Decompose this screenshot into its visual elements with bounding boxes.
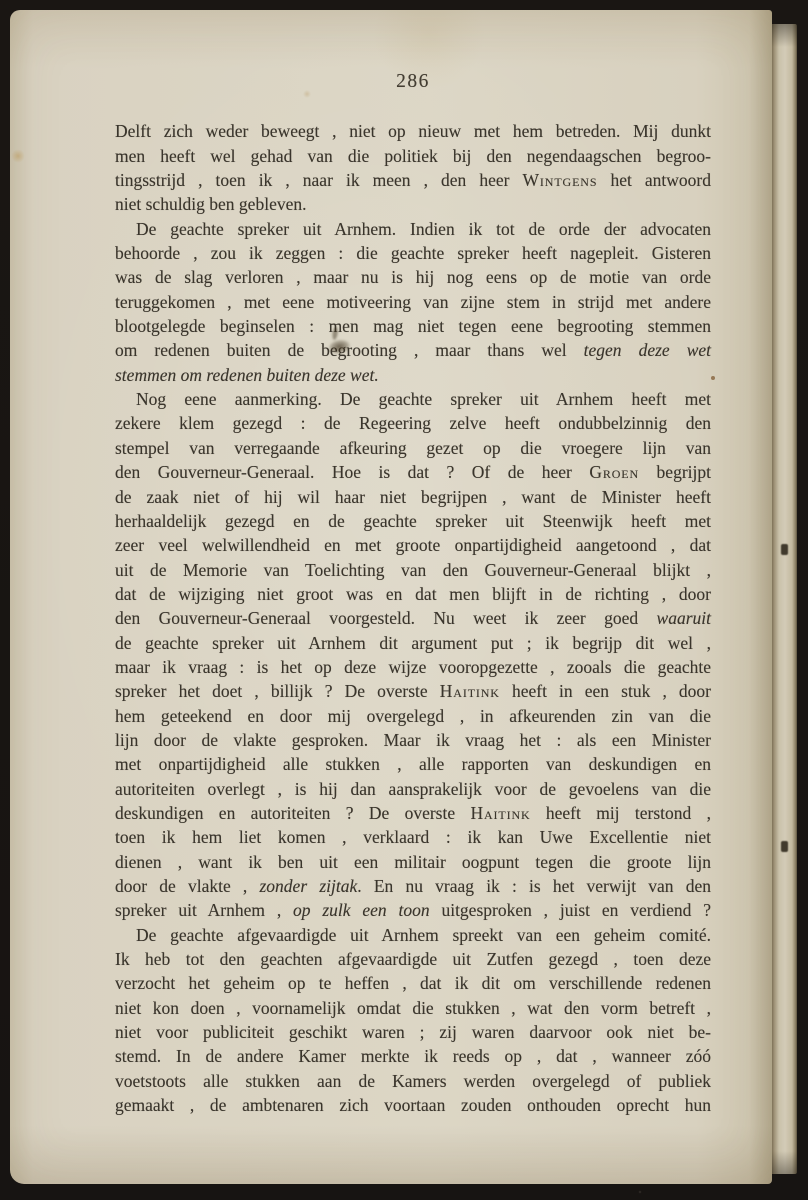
text-segment: lijn door de vlakte gesproken. Maar ik v… bbox=[115, 730, 711, 750]
paragraph: Delft zich weder beweegt , niet op nieuw… bbox=[115, 119, 711, 216]
paragraph: Nog eene aanmerking. De geachte spreker … bbox=[115, 387, 711, 923]
text-segment: tingsstrijd , toen ik , naar ik meen , d… bbox=[115, 170, 523, 190]
text-segment: met onpartijdigheid alle stukken , alle … bbox=[115, 754, 711, 774]
text-segment: was de slag verloren , maar nu is hij no… bbox=[115, 267, 711, 287]
paragraph: De geachte afgevaardigde uit Arnhem spre… bbox=[115, 923, 711, 1118]
book-page: 286 Delft zich weder beweegt , niet op n… bbox=[10, 10, 772, 1184]
text-segment: behoorde , zou ik zeggen : die geachte s… bbox=[115, 243, 711, 263]
text-segment: niet schuldig ben gebleven. bbox=[115, 194, 306, 214]
person-name: Haitink bbox=[440, 681, 500, 701]
text-line: Delft zich weder beweegt , niet op nieuw… bbox=[115, 119, 711, 143]
text-line: dat de wijziging niet groot was en dat m… bbox=[115, 582, 711, 606]
ink-speck bbox=[711, 376, 715, 380]
text-segment: heeft in een stuk , door bbox=[500, 681, 711, 701]
text-line: gemaakt , de ambtenaren zich voortaan zo… bbox=[115, 1093, 711, 1117]
text-segment: hem geteekend en door mij overgelegd , i… bbox=[115, 706, 711, 726]
text-line: behoorde , zou ik zeggen : die geachte s… bbox=[115, 241, 711, 265]
page-text-block: 286 Delft zich weder beweegt , niet op n… bbox=[115, 70, 711, 1117]
text-line: was de slag verloren , maar nu is hij no… bbox=[115, 265, 711, 289]
text-line: men heeft wel gehad van die politiek bij… bbox=[115, 144, 711, 168]
text-segment: de geachte spreker uit Arnhem dit argume… bbox=[115, 633, 711, 653]
paragraph: De geachte spreker uit Arnhem. Indien ik… bbox=[115, 217, 711, 387]
page-edge-strip bbox=[772, 24, 797, 1174]
text-line: met onpartijdigheid alle stukken , alle … bbox=[115, 752, 711, 776]
scanned-book-photo: 286 Delft zich weder beweegt , niet op n… bbox=[0, 0, 808, 1200]
text-segment: Ik heb tot den geachten afgevaardigde ui… bbox=[115, 949, 711, 969]
text-segment: tegen deze wet bbox=[584, 340, 711, 360]
text-segment: Delft zich weder beweegt , niet op nieuw… bbox=[115, 121, 711, 141]
text-segment: blootgelegde beginselen : men mag niet t… bbox=[115, 316, 711, 336]
text-line: stemd. In de andere Kamer merkte ik reed… bbox=[115, 1044, 711, 1068]
text-line: verzocht het geheim op te heffen , dat i… bbox=[115, 971, 711, 995]
text-segment: De geachte afgevaardigde uit Arnhem spre… bbox=[136, 925, 711, 945]
text-segment: gemaakt , de ambtenaren zich voortaan zo… bbox=[115, 1095, 711, 1115]
text-segment: dienen , want ik ben uit een militair oo… bbox=[115, 852, 711, 872]
body-text: Delft zich weder beweegt , niet op nieuw… bbox=[115, 119, 711, 1117]
text-segment: den Gouverneur-Generaal voorgesteld. Nu … bbox=[115, 608, 657, 628]
text-line: Ik heb tot den geachten afgevaardigde ui… bbox=[115, 947, 711, 971]
text-segment: uitgesproken , juist en verdiend ? bbox=[430, 900, 711, 920]
edge-speck bbox=[781, 544, 788, 555]
text-segment: niet voor publiciteit geschikt waren ; z… bbox=[115, 1022, 711, 1042]
text-line: de geachte spreker uit Arnhem dit argume… bbox=[115, 631, 711, 655]
text-segment: voetstoots alle stukken aan de Kamers we… bbox=[115, 1071, 711, 1091]
text-line: om redenen buiten de begrooting , maar t… bbox=[115, 338, 711, 362]
text-line: autoriteiten overlegt , is hij dan aansp… bbox=[115, 777, 711, 801]
text-segment: den Gouverneur-Generaal. Hoe is dat ? Of… bbox=[115, 462, 589, 482]
text-segment: het antwoord bbox=[597, 170, 711, 190]
text-line: De geachte spreker uit Arnhem. Indien ik… bbox=[115, 217, 711, 241]
text-line: zekere klem gezegd : de Regeering zelve … bbox=[115, 411, 711, 435]
text-line: stemmen om redenen buiten deze wet. bbox=[115, 363, 711, 387]
text-segment: spreker het doet , billijk ? De overste bbox=[115, 681, 440, 701]
text-segment: stempel van verregaande afkeuring gezet … bbox=[115, 438, 711, 458]
text-segment: stemd. In de andere Kamer merkte ik reed… bbox=[115, 1046, 711, 1066]
text-segment: door de vlakte , bbox=[115, 876, 260, 896]
text-line: hem geteekend en door mij overgelegd , i… bbox=[115, 704, 711, 728]
text-segment: deskundigen en autoriteiten ? De overste bbox=[115, 803, 470, 823]
text-segment: De geachte spreker uit Arnhem. Indien ik… bbox=[136, 219, 711, 239]
text-segment: teruggekomen , met eene motiveering van … bbox=[115, 292, 711, 312]
text-line: spreker uit Arnhem , op zulk een toon ui… bbox=[115, 898, 711, 922]
text-line: dienen , want ik ben uit een militair oo… bbox=[115, 850, 711, 874]
text-segment: uit de Memorie van Toelichting van den G… bbox=[115, 560, 711, 580]
person-name: Wintgens bbox=[523, 170, 598, 190]
text-line: den Gouverneur-Generaal. Hoe is dat ? Of… bbox=[115, 460, 711, 484]
text-segment: heeft mij terstond , bbox=[531, 803, 711, 823]
edge-speck bbox=[781, 841, 788, 852]
text-segment: de zaak niet of hij wil haar niet begrij… bbox=[115, 487, 711, 507]
text-segment: zonder zijtak bbox=[260, 876, 358, 896]
text-line: niet voor publiciteit geschikt waren ; z… bbox=[115, 1020, 711, 1044]
text-line: toen ik hem liet komen , verklaard : ik … bbox=[115, 825, 711, 849]
text-line: deskundigen en autoriteiten ? De overste… bbox=[115, 801, 711, 825]
text-line: blootgelegde beginselen : men mag niet t… bbox=[115, 314, 711, 338]
text-line: den Gouverneur-Generaal voorgesteld. Nu … bbox=[115, 606, 711, 630]
text-line: uit de Memorie van Toelichting van den G… bbox=[115, 558, 711, 582]
text-segment: autoriteiten overlegt , is hij dan aansp… bbox=[115, 779, 711, 799]
text-segment: herhaaldelijk gezegd en de geachte sprek… bbox=[115, 511, 711, 531]
text-segment: . En nu vraag ik : is het verwijt van de… bbox=[357, 876, 711, 896]
text-line: zeer veel welwillendheid en met groote o… bbox=[115, 533, 711, 557]
text-line: lijn door de vlakte gesproken. Maar ik v… bbox=[115, 728, 711, 752]
text-segment: Nog eene aanmerking. De geachte spreker … bbox=[136, 389, 711, 409]
text-segment: men heeft wel gehad van die politiek bij… bbox=[115, 146, 711, 166]
text-line: niet schuldig ben gebleven. bbox=[115, 192, 711, 216]
text-line: stempel van verregaande afkeuring gezet … bbox=[115, 436, 711, 460]
text-segment: verzocht het geheim op te heffen , dat i… bbox=[115, 973, 711, 993]
text-segment: zekere klem gezegd : de Regeering zelve … bbox=[115, 413, 711, 433]
text-line: voetstoots alle stukken aan de Kamers we… bbox=[115, 1069, 711, 1093]
text-line: herhaaldelijk gezegd en de geachte sprek… bbox=[115, 509, 711, 533]
text-segment: toen ik hem liet komen , verklaard : ik … bbox=[115, 827, 711, 847]
text-line: de zaak niet of hij wil haar niet begrij… bbox=[115, 485, 711, 509]
text-line: Nog eene aanmerking. De geachte spreker … bbox=[115, 387, 711, 411]
text-segment: op zulk een toon bbox=[293, 900, 430, 920]
text-line: tingsstrijd , toen ik , naar ik meen , d… bbox=[115, 168, 711, 192]
text-segment: waaruit bbox=[657, 608, 711, 628]
text-segment: maar ik vraag : is het op deze wijze voo… bbox=[115, 657, 711, 677]
text-segment: spreker uit Arnhem , bbox=[115, 900, 293, 920]
text-segment: stemmen om redenen buiten deze wet. bbox=[115, 365, 379, 385]
person-name: Groen bbox=[589, 462, 639, 482]
text-line: De geachte afgevaardigde uit Arnhem spre… bbox=[115, 923, 711, 947]
text-segment: dat de wijziging niet groot was en dat m… bbox=[115, 584, 711, 604]
person-name: Haitink bbox=[470, 803, 530, 823]
text-line: spreker het doet , billijk ? De overste … bbox=[115, 679, 711, 703]
text-line: door de vlakte , zonder zijtak. En nu vr… bbox=[115, 874, 711, 898]
text-segment: begrijpt bbox=[639, 462, 711, 482]
text-line: maar ik vraag : is het op deze wijze voo… bbox=[115, 655, 711, 679]
text-segment: niet kon doen , voornamelijk omdat die s… bbox=[115, 998, 711, 1018]
text-segment: zeer veel welwillendheid en met groote o… bbox=[115, 535, 711, 555]
text-line: teruggekomen , met eene motiveering van … bbox=[115, 290, 711, 314]
text-line: niet kon doen , voornamelijk omdat die s… bbox=[115, 996, 711, 1020]
page-number: 286 bbox=[115, 70, 711, 94]
